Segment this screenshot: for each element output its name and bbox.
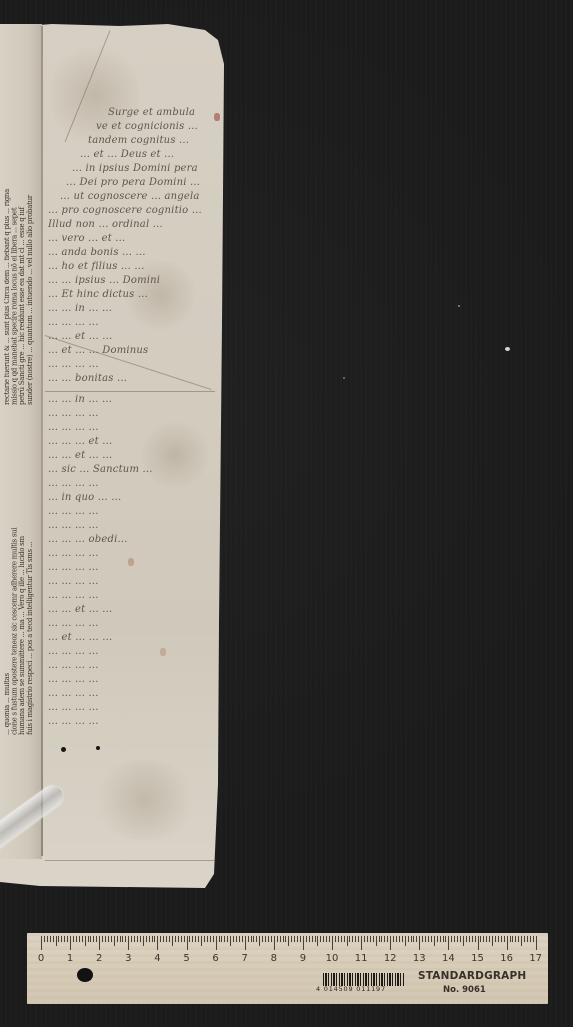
handwritten-line: ... ... ... ... (48, 618, 220, 629)
ruler-number: 16 (500, 953, 513, 964)
handwritten-line: ... ho et filius ... ... (48, 261, 220, 272)
ruler-tick (309, 936, 310, 942)
ruler-number: 5 (183, 953, 189, 964)
dust-speck (505, 347, 510, 351)
ruler-tick (73, 936, 74, 942)
handwritten-line: ... ... ... ... (48, 548, 220, 559)
ruler-tick (300, 936, 301, 942)
ruler-number: 10 (326, 953, 339, 964)
handwritten-line: Surge et ambula (108, 107, 280, 118)
ruler-tick (178, 936, 179, 942)
ruler-tick (411, 936, 412, 942)
printed-line: sunder (nostre) ... quantum ... intuendo… (27, 105, 35, 405)
ruler-tick (207, 936, 208, 942)
ruler-tick (475, 936, 476, 942)
ruler-tick (524, 936, 525, 942)
ruler-tick (201, 936, 202, 946)
ruler-tick (428, 936, 429, 942)
crease (45, 391, 215, 392)
ruler-tick (88, 936, 89, 942)
ruler-tick (265, 936, 266, 942)
ruler-tick (184, 936, 185, 942)
ruler-tick (213, 936, 214, 942)
ruler-tick (198, 936, 199, 942)
ruler-number: 15 (471, 953, 484, 964)
ruler-tick (166, 936, 167, 942)
ruler-tick (114, 936, 115, 946)
handwritten-line: ... ... ... ... (48, 506, 220, 517)
ruler-tick (329, 936, 330, 942)
ruler-tick (108, 936, 109, 942)
handwritten-line: ... ... ... ... (48, 520, 220, 531)
ruler-tick (326, 936, 327, 942)
ruler-tick (242, 936, 243, 942)
ruler-tick (495, 936, 496, 942)
ruler-tick (402, 936, 403, 942)
ruler-tick (425, 936, 426, 942)
binding-hole (61, 747, 66, 752)
ruler-tick (210, 936, 211, 942)
ruler-tick (515, 936, 516, 942)
ruler-tick (224, 936, 225, 942)
ruler-tick (245, 936, 246, 950)
ruler-tick (187, 936, 188, 950)
ruler-tick (501, 936, 502, 942)
ruler-tick (460, 936, 461, 942)
ruler-tick (125, 936, 126, 942)
ruler-number: 2 (96, 953, 102, 964)
ruler-tick (268, 936, 269, 942)
ruler-tick (393, 936, 394, 942)
ruler-tick (120, 936, 121, 942)
ruler-tick (440, 936, 441, 942)
crease (45, 860, 215, 861)
ruler-tick (134, 936, 135, 942)
ruler-tick (157, 936, 158, 950)
ruler-tick (315, 936, 316, 942)
ruler-tick (364, 936, 365, 942)
ruler-tick (478, 936, 479, 950)
handwritten-line: ... ... ... ... (48, 660, 220, 671)
ruler-tick (122, 936, 123, 942)
handwritten-line: ... ... ... ... (48, 359, 220, 370)
ruler-tick (405, 936, 406, 946)
ruler-number: 7 (242, 953, 248, 964)
ruler-tick (358, 936, 359, 942)
ruler-tick (454, 936, 455, 942)
ruler-tick (70, 936, 71, 950)
ruler-tick (53, 936, 54, 942)
handwritten-line: ... Dei pro pera Domini ... (66, 177, 238, 188)
ruler-tick (341, 936, 342, 942)
handwritten-line: ... ... ... ... (48, 408, 220, 419)
ruler-tick (443, 936, 444, 942)
handwritten-line: ... ... ipsius ... Domini (48, 275, 220, 286)
ruler-tick (256, 936, 257, 942)
ruler-tick (445, 936, 446, 942)
ruler-tick (399, 936, 400, 942)
ruler-tick (64, 936, 65, 942)
handwritten-line: ... anda bonis ... ... (48, 247, 220, 258)
ruler-tick (271, 936, 272, 942)
ruler-tick (437, 936, 438, 942)
ruler-tick (306, 936, 307, 942)
ruler-tick (384, 936, 385, 942)
ruler-tick (483, 936, 484, 942)
ruler-tick (367, 936, 368, 942)
ruler-tick (233, 936, 234, 942)
ruler-tick (137, 936, 138, 942)
ruler-tick (96, 936, 97, 942)
handwritten-line: ... ... ... ... (48, 590, 220, 601)
ruler-tick (291, 936, 292, 942)
stain (50, 40, 140, 150)
ruler-tick (172, 936, 173, 946)
ruler-tick (195, 936, 196, 942)
handwritten-line: ... ... et ... ... (48, 450, 220, 461)
ruler-tick (533, 936, 534, 942)
ruler-number: 8 (271, 953, 277, 964)
ruler-tick (221, 936, 222, 942)
ruler-tick (175, 936, 176, 942)
ruler-number: 12 (384, 953, 397, 964)
ruler-tick (492, 936, 493, 946)
ruler-tick (387, 936, 388, 942)
ruler-tick (332, 936, 333, 950)
ruler-tick (152, 936, 153, 942)
ruler-tick (536, 936, 537, 950)
ruler-tick (355, 936, 356, 942)
ruler-tick (463, 936, 464, 946)
ruler-number: 4 (154, 953, 160, 964)
handwritten-line: ... ... ... ... (48, 562, 220, 573)
handwritten-line: ... et ... ... ... (48, 632, 220, 643)
ruler-tick (379, 936, 380, 942)
ruler-tick (253, 936, 254, 942)
ruler-tick (451, 936, 452, 942)
handwritten-line: ... vero ... et ... (48, 233, 220, 244)
handwritten-line: ... et ... Deus et ... (80, 149, 252, 160)
handwritten-line: ... et ... ... Dominus (48, 345, 220, 356)
ruler-tick (413, 936, 414, 942)
ruler-tick (381, 936, 382, 942)
ruler-tick (58, 936, 59, 942)
handwritten-line: ... ... in ... ... (48, 303, 220, 314)
ruler-tick (140, 936, 141, 942)
ruler-tick (76, 936, 77, 942)
fold-line (41, 26, 43, 856)
ruler-tick (352, 936, 353, 942)
stain (90, 760, 200, 840)
ruler-tick (486, 936, 487, 942)
ruler-tick (117, 936, 118, 942)
ruler-number: 11 (355, 953, 368, 964)
ruler-tick (527, 936, 528, 942)
ruler-tick (85, 936, 86, 946)
ruler-tick (41, 936, 42, 950)
ruler-tick (472, 936, 473, 942)
ruler-tick (259, 936, 260, 946)
ruler-number: 14 (442, 953, 455, 964)
ruler-tick (146, 936, 147, 942)
handwritten-line: Illud non ... ordinal ... (48, 219, 220, 230)
handwritten-line: ... in ipsius Domini pera (72, 163, 244, 174)
ruler-tick (283, 936, 284, 942)
handwritten-line: ... sic ... Sanctum ... (48, 464, 220, 475)
ruler-tick (189, 936, 190, 942)
ruler-tick (227, 936, 228, 942)
ruler-tick (262, 936, 263, 942)
ruler-model: No. 9061 (443, 985, 486, 995)
ruler-tick (507, 936, 508, 950)
printed-line: fuis i magistrio respeci ... pos a tecd … (27, 430, 35, 735)
handwritten-line: ... ... ... ... (48, 576, 220, 587)
handwritten-line: ... in quo ... ... (48, 492, 220, 503)
handwritten-line: ... ... ... ... (48, 674, 220, 685)
ruler-tick (431, 936, 432, 942)
ruler-tick (498, 936, 499, 942)
ruler-tick (99, 936, 100, 950)
ruler-tick (111, 936, 112, 942)
ruler-tick (277, 936, 278, 942)
ruler-tick (320, 936, 321, 942)
ruler-tick (285, 936, 286, 942)
ruler-tick (128, 936, 129, 950)
ruler-tick (489, 936, 490, 942)
ruler-tick (510, 936, 511, 942)
ruler-tick (344, 936, 345, 942)
ruler-tick (288, 936, 289, 946)
ruler-tick (335, 936, 336, 942)
ruler-tick (169, 936, 170, 942)
ruler-tick (149, 936, 150, 942)
ruler-tick (530, 936, 531, 942)
ruler-tick (90, 936, 91, 942)
ruler-tick (216, 936, 217, 950)
ruler-tick (297, 936, 298, 942)
ruler-tick (419, 936, 420, 950)
ruler-tick (416, 936, 417, 942)
dust-speck (343, 377, 345, 379)
ruler-tick (274, 936, 275, 950)
ruler-tick (457, 936, 458, 942)
ruler-tick (408, 936, 409, 942)
ruler-tick (47, 936, 48, 942)
ruler-tick (518, 936, 519, 942)
ruler-hanging-hole (77, 968, 93, 982)
ruler-tick (44, 936, 45, 942)
ruler-tick (480, 936, 481, 942)
ruler-tick (219, 936, 220, 942)
ruler-tick (204, 936, 205, 942)
handwritten-line: ... ... ... obedi... (48, 534, 220, 545)
handwritten-line: ... ... et ... ... (48, 604, 220, 615)
handwritten-line: ... ... ... ... (48, 422, 220, 433)
ruler-tick (317, 936, 318, 946)
handwritten-line: ve et cognicionis ... (96, 121, 268, 132)
ruler-tick (154, 936, 155, 942)
handwritten-line: ... ... et ... ... (48, 331, 220, 342)
ruler-tick (312, 936, 313, 942)
ruler-tick (102, 936, 103, 942)
ruler-tick (160, 936, 161, 942)
ruler-tick (131, 936, 132, 942)
ruler-tick (61, 936, 62, 942)
ruler-number: 13 (413, 953, 426, 964)
barcode-number: 4 014509 011197 (316, 985, 386, 993)
ruler-tick (251, 936, 252, 942)
ruler-tick (143, 936, 144, 946)
ruler-tick (434, 936, 435, 946)
ruler-tick (192, 936, 193, 942)
ruler-tick (230, 936, 231, 946)
ruler-tick (105, 936, 106, 942)
handwritten-line: ... ut cognoscere ... angela (60, 191, 232, 202)
handwritten-line: ... ... ... et ... (48, 436, 220, 447)
ruler-tick (469, 936, 470, 942)
ruler-number: 3 (125, 953, 131, 964)
ruler-number: 1 (67, 953, 73, 964)
ruler-tick (79, 936, 80, 942)
binding-hole (96, 746, 100, 750)
ruler-tick (236, 936, 237, 942)
ruler-tick (181, 936, 182, 942)
ruler-tick (512, 936, 513, 942)
ruler-tick (347, 936, 348, 946)
ruler-tick (448, 936, 449, 950)
handwritten-line: ... ... ... ... (48, 478, 220, 489)
handwritten-line: ... ... ... ... (48, 702, 220, 713)
ruler-tick (67, 936, 68, 942)
ruler-tick (390, 936, 391, 950)
dust-speck (458, 305, 460, 307)
ruler-tick (422, 936, 423, 942)
ruler-tick (56, 936, 57, 946)
ruler-tick (248, 936, 249, 942)
ruler-tick (50, 936, 51, 942)
ruler-tick (504, 936, 505, 942)
ruler-tick (521, 936, 522, 946)
handwritten-line: ... ... bonitas ... (48, 373, 220, 384)
handwritten-line: ... Et hinc dictus ... (48, 289, 220, 300)
handwritten-line: tandem cognitus ... (88, 135, 260, 146)
ruler-tick (163, 936, 164, 942)
printed-column-lower: ... quonia ... multas cione s fustum opo… (4, 430, 38, 735)
ruler-tick (280, 936, 281, 942)
ruler-tick (373, 936, 374, 942)
ruler-tick (93, 936, 94, 942)
ruler-tick (466, 936, 467, 942)
ruler-tick (323, 936, 324, 942)
handwritten-line: ... ... ... ... (48, 317, 220, 328)
handwritten-line: ... pro cognoscere cognitio ... (48, 205, 220, 216)
ruler-number: 9 (300, 953, 306, 964)
ruler-tick (338, 936, 339, 942)
ruler-tick (349, 936, 350, 942)
ruler-tick (303, 936, 304, 950)
handwritten-line: ... ... ... ... (48, 688, 220, 699)
handwritten-line: ... ... ... ... (48, 716, 220, 727)
ruler-tick (376, 936, 377, 946)
ruler-tick (82, 936, 83, 942)
handwritten-line: ... ... ... ... (48, 646, 220, 657)
ruler-tick (294, 936, 295, 942)
ruler-tick (370, 936, 371, 942)
printed-column-upper: rectarie fuerunt & ... sunt plus Circa d… (4, 105, 38, 405)
ruler-tick (239, 936, 240, 942)
handwritten-line: ... ... in ... ... (48, 394, 220, 405)
ruler-number: 0 (38, 953, 44, 964)
ruler-number: 17 (529, 953, 542, 964)
ruler-tick (361, 936, 362, 950)
ruler-number: 6 (212, 953, 218, 964)
ruler-tick (396, 936, 397, 942)
ruler-brand: STANDARDGRAPH (418, 970, 526, 982)
